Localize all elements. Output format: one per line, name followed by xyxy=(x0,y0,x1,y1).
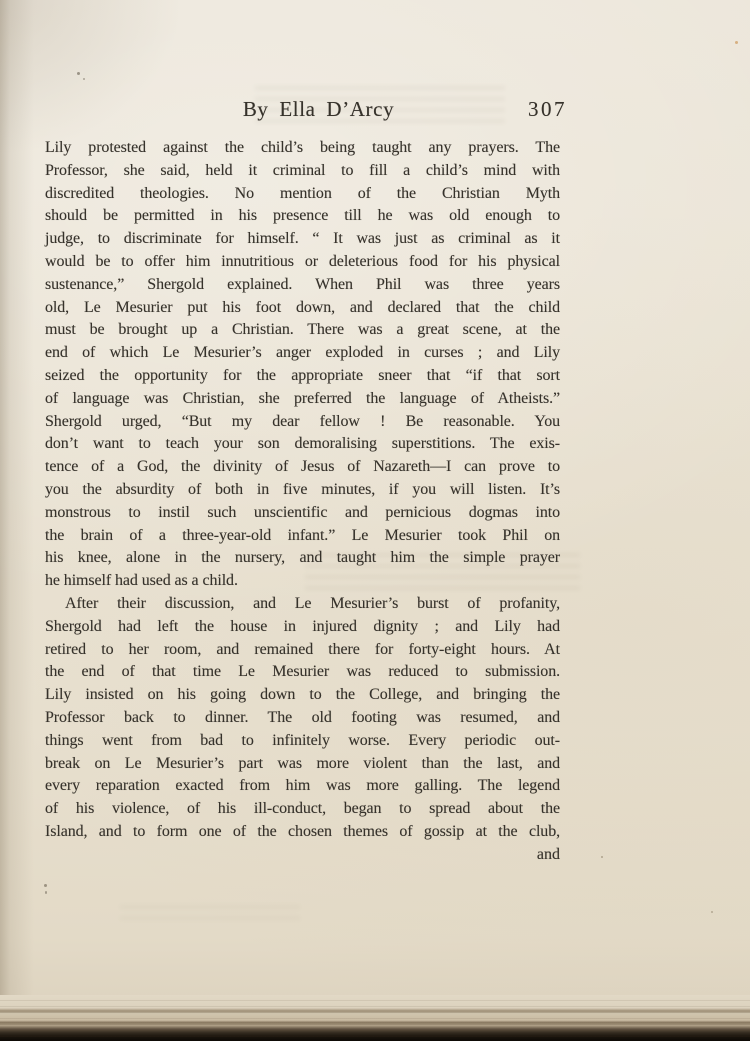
text-line: Lily insisted on his going down to the C… xyxy=(45,684,560,707)
page-header: By Ella D’Arcy 307 xyxy=(45,97,560,127)
text-line: Professor back to dinner. The old footin… xyxy=(45,707,560,730)
text-line: of his violence, of his ill-conduct, beg… xyxy=(45,798,560,821)
paper-speck xyxy=(77,72,80,75)
text-line: tence of a God, the divinity of Jesus of… xyxy=(45,456,560,479)
catchword: and xyxy=(45,844,560,867)
show-through-smudge xyxy=(120,905,300,927)
text-line: must be brought up a Christian. There wa… xyxy=(45,319,560,342)
paper-speck xyxy=(45,891,47,894)
text-line: would be to offer him innutritious or de… xyxy=(45,251,560,274)
text-line: Shergold urged, “But my dear fellow ! Be… xyxy=(45,411,560,434)
paper-speck xyxy=(735,41,738,44)
book-page-scan: By Ella D’Arcy 307 Lily protested agains… xyxy=(0,0,750,1041)
text-line: things went from bad to infinitely worse… xyxy=(45,730,560,753)
text-line: the brain of a three-year-old infant.” L… xyxy=(45,525,560,548)
text-line: he himself had used as a child. xyxy=(45,570,560,593)
paper-speck xyxy=(44,884,47,887)
page-number: 307 xyxy=(528,97,567,122)
text-line: don’t want to teach your son demoralisin… xyxy=(45,433,560,456)
text-line: judge, to discriminate for himself. “ It… xyxy=(45,228,560,251)
body-text: Lily protested against the child’s being… xyxy=(45,137,560,867)
text-line: the end of that time Le Mesurier was red… xyxy=(45,661,560,684)
text-line: Professor, she said, held it criminal to… xyxy=(45,160,560,183)
text-line: Shergold had left the house in injured d… xyxy=(45,616,560,639)
paper-speck xyxy=(601,856,603,858)
paragraph-1: Lily protested against the child’s being… xyxy=(45,137,560,593)
paper-speck xyxy=(711,911,713,913)
text-line: his knee, alone in the nursery, and taug… xyxy=(45,547,560,570)
text-line: of language was Christian, she preferred… xyxy=(45,388,560,411)
text-line: Island, and to form one of the chosen th… xyxy=(45,821,560,844)
paragraph-2: After their discussion, and Le Mesurier’… xyxy=(45,593,560,844)
book-page-edges xyxy=(0,995,750,1041)
running-title: By Ella D’Arcy xyxy=(45,97,560,122)
text-line: break on Le Mesurier’s part was more vio… xyxy=(45,753,560,776)
text-line: old, Le Mesurier put his foot down, and … xyxy=(45,297,560,320)
text-line: After their discussion, and Le Mesurier’… xyxy=(45,593,560,616)
text-line: Lily protested against the child’s being… xyxy=(45,137,560,160)
text-line: discredited theologies. No mention of th… xyxy=(45,183,560,206)
text-line: retired to her room, and remained there … xyxy=(45,639,560,662)
text-line: monstrous to instil such unscientific an… xyxy=(45,502,560,525)
text-line: seized the opportunity for the appropria… xyxy=(45,365,560,388)
text-line: every reparation exacted from him was mo… xyxy=(45,775,560,798)
gutter-shadow xyxy=(0,0,34,1041)
text-line: sustenance,” Shergold explained. When Ph… xyxy=(45,274,560,297)
text-line: end of which Le Mesurier’s anger explode… xyxy=(45,342,560,365)
text-line: you the absurdity of both in five minute… xyxy=(45,479,560,502)
text-line: should be permitted in his presence till… xyxy=(45,205,560,228)
paper-speck xyxy=(83,78,85,80)
